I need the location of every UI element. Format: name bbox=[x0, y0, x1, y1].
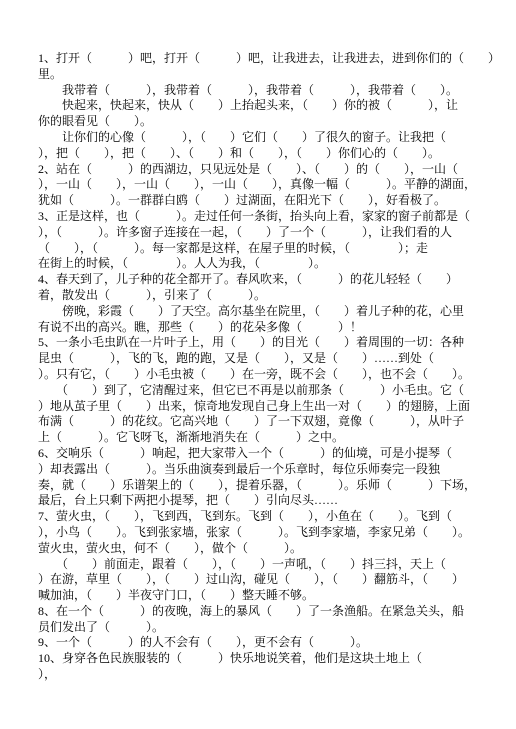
text-line: 萤火虫，萤火虫，何不（ ），做个（ ）。 bbox=[38, 541, 488, 557]
text-line: 让你们的心像（ ），（ ）它们（ ）了很久的窗子。让我把（ bbox=[38, 130, 488, 146]
text-line: 3、正是这样，也（ ）。走过任何一条街，抬头向上看，家家的窗子前都是（ bbox=[38, 209, 488, 225]
text-line: 在街上的时候，（ ）。人人为我，（ ）。 bbox=[38, 256, 488, 272]
text-line: ）。只有它，（ ）小毛虫被（ ）在一旁，既不会（ ），也不会（ ）。 bbox=[38, 367, 488, 383]
text-line: 上（ ）。它飞呀飞，渐渐地消失在（ ）之中。 bbox=[38, 430, 488, 446]
text-line: 傍晚，彩霞（ ）了天空。高尔基坐在院里，（ ）着儿子种的花，心里 bbox=[38, 304, 488, 320]
text-line: 1、打开（ ）吧，打开（ ）吧，让我进去，让我进去，进到你们的（ ） bbox=[38, 51, 488, 67]
text-line: 里。 bbox=[38, 67, 488, 83]
worksheet-page: 1、打开（ ）吧，打开（ ）吧，让我进去，让我进去，进到你们的（ ）里。 我带着… bbox=[0, 0, 516, 729]
text-line: 犹如（ ）。一群群白鸥（ ）过湖面，在阳光下（ ），好看极了。 bbox=[38, 193, 488, 209]
text-line: ）， bbox=[38, 667, 488, 683]
text-line: ），小鸟（ ）。飞到张家墙，张家（ ）。飞到李家墙，李家兄弟（ ）。 bbox=[38, 525, 488, 541]
text-line: （ ）前面走，跟着（ ），（ ）一声吼，（ ）抖三抖，天上（ bbox=[38, 557, 488, 573]
worksheet-body: 1、打开（ ）吧，打开（ ）吧，让我进去，让我进去，进到你们的（ ）里。 我带着… bbox=[38, 51, 488, 683]
text-line: ），把（ ），把（ ）、（ ）和（ ），（ ）你们心的（ ）。 bbox=[38, 146, 488, 162]
text-line: 奏，就（ ）乐谱架上的（ ），提着乐器，（ ）。乐师（ ）下场， bbox=[38, 478, 488, 494]
text-line: （ ）到了，它清醒过来，但它已不再是以前那条（ ）小毛虫。它（ bbox=[38, 383, 488, 399]
text-line: 你的眼看见（ ）。 bbox=[38, 114, 488, 130]
text-line: 5、一条小毛虫趴在一片叶子上，用（ ）的目光（ ）着周围的一切：各种 bbox=[38, 335, 488, 351]
text-line: 我带着（ ），我带着（ ），我带着（ ），我带着（ ）。 bbox=[38, 83, 488, 99]
text-line: 6、交响乐（ ）响起，把大家带入一个（ ）的仙境，可是小提琴（ bbox=[38, 446, 488, 462]
text-line: 昆虫（ ），飞的飞，跑的跑，又是（ ），又是（ ）……到处（ bbox=[38, 351, 488, 367]
text-line: 员们发出了（ ）。 bbox=[38, 620, 488, 636]
text-line: 布满（ ）的花纹。它高兴地（ ）了一下双翅，竟像（ ），从叶子 bbox=[38, 414, 488, 430]
text-line: 4、春天到了，儿子种的花全都开了。春风吹来，（ ）的花儿轻轻（ ） bbox=[38, 272, 488, 288]
text-line: 着，散发出（ ），引来了（ ）。 bbox=[38, 288, 488, 304]
text-line: ）地从茧子里（ ）出来，惊奇地发现自己身上生出一对（ ）的翅膀，上面 bbox=[38, 399, 488, 415]
text-line: （ ），（ ）。每一家都是这样，在屋子里的时候，（ ）；走 bbox=[38, 241, 488, 257]
text-line: 10、身穿各色民族服装的（ ）快乐地说笑着，他们是这块土地上（ bbox=[38, 651, 488, 667]
text-line: 快起来，快起来，快从（ ）上抬起头来，（ ）你的被（ ），让 bbox=[38, 98, 488, 114]
text-line: ），（ ）。许多窗子连接在一起，（ ）了一个（ ），让我们看的人 bbox=[38, 225, 488, 241]
text-line: 2、站在（ ）的西湖边，只见远处是（ ）、（ ）的（ ），一山（ bbox=[38, 162, 488, 178]
text-line: ），一山（ ），一山（ ），一山（ ），真像一幅（ ）。平静的湖面， bbox=[38, 177, 488, 193]
text-line: 7、萤火虫，（ ），飞到西，飞到东。飞到（ ），小鱼在（ ）。飞到（ bbox=[38, 509, 488, 525]
text-line: ）却表露出（ ）。当乐曲演奏到最后一个乐章时，每位乐师奏完一段独 bbox=[38, 462, 488, 478]
text-line: 9、一个（ ）的人不会有（ ），更不会有（ ）。 bbox=[38, 635, 488, 651]
text-line: 8、在一个（ ）的夜晚，海上的暴风（ ）了一条渔船。在紧急关头，船 bbox=[38, 604, 488, 620]
text-line: ）在游，草里（ ），（ ）过山沟，碰见（ ），（ ）翻筋斗，（ ） bbox=[38, 572, 488, 588]
text-line: 有说不出的高兴。瞧，那些（ ）的花朵多像（ ）！ bbox=[38, 320, 488, 336]
text-line: 喊加油，（ ）半夜守门口，（ ）整天睡不够。 bbox=[38, 588, 488, 604]
text-line: 最后，台上只剩下两把小提琴，把（ ）引向尽头…… bbox=[38, 493, 488, 509]
